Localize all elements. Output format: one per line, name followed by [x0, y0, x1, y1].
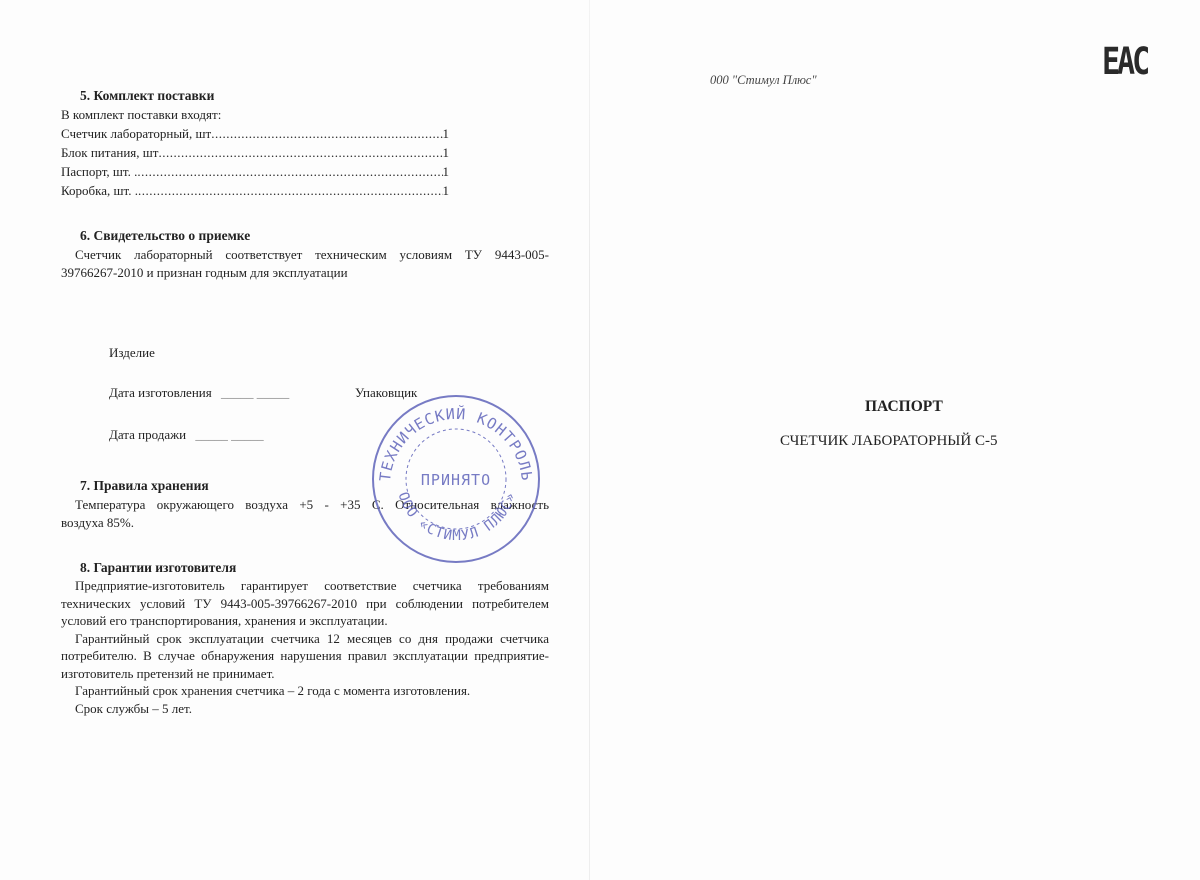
product-name: СЧЕТЧИК ЛАБОРАТОРНЫЙ С-5: [780, 433, 997, 450]
right-page: 000 "Стимул Плюс" ЕАС ПАСПОРТ СЧЕТЧИК ЛА…: [590, 0, 1200, 880]
acceptance-text-line1: Счетчик лабораторный соответствует техни…: [61, 246, 549, 264]
kit-item-qty: 1: [443, 143, 450, 162]
acceptance-text-line2: 39766267-2010 и признан годным для экспл…: [61, 264, 549, 282]
leader-dots: [138, 181, 443, 200]
section8-text: Предприятие-изготовитель гарантирует соо…: [61, 577, 549, 717]
section7-heading: 7. Правила хранения: [80, 478, 209, 494]
leader-dots: [158, 143, 442, 162]
document-title: ПАСПОРТ: [865, 398, 943, 416]
kit-item: Коробка, шт. . 1: [61, 181, 449, 200]
leader-dots: [211, 124, 442, 143]
section5-heading: 5. Комплект поставки: [80, 88, 214, 104]
kit-item-label: Паспорт, шт. .: [61, 162, 137, 181]
kit-item-qty: 1: [443, 162, 450, 181]
left-page: 5. Комплект поставки В комплект поставки…: [0, 0, 590, 880]
section5-intro: В комплект поставки входят:: [61, 105, 221, 124]
company-name: 000 "Стимул Плюс": [710, 73, 817, 88]
section6-text: Счетчик лабораторный соответствует техни…: [61, 246, 549, 281]
section6-heading: 6. Свидетельство о приемке: [80, 228, 250, 244]
kit-item-label: Блок питания, шт: [61, 143, 158, 162]
warranty-paragraph: Гарантийный срок хранения счетчика – 2 г…: [61, 682, 549, 700]
kit-item: Паспорт, шт. . 1: [61, 162, 449, 181]
warranty-paragraph: Предприятие-изготовитель гарантирует соо…: [61, 577, 549, 630]
sale-date-label: Дата продажи: [109, 427, 186, 442]
warranty-paragraph: Гарантийный срок эксплуатации счетчика 1…: [61, 630, 549, 683]
manufacture-date-label: Дата изготовления: [109, 385, 212, 400]
eac-mark-icon: ЕАС: [1102, 40, 1147, 84]
kit-item-qty: 1: [443, 124, 450, 143]
kit-item-label: Счетчик лабораторный, шт: [61, 124, 211, 143]
manufacture-date-field: Дата изготовления _____ _____: [109, 383, 289, 402]
leader-dots: [137, 162, 442, 181]
kit-item: Счетчик лабораторный, шт 1: [61, 124, 449, 143]
acceptance-stamp: ТЕХНИЧЕСКИЙ КОНТРОЛЬ ООО «СТИМУЛ ПЛЮС» П…: [370, 393, 542, 565]
product-label: Изделие: [109, 343, 155, 362]
warranty-paragraph: Срок службы – 5 лет.: [61, 700, 549, 718]
manufacture-date-blank: _____ _____: [221, 385, 289, 400]
kit-item-qty: 1: [443, 181, 450, 200]
passport-spread: 5. Комплект поставки В комплект поставки…: [0, 0, 1200, 880]
stamp-center-text: ПРИНЯТО: [421, 471, 491, 489]
stamp-bottom-text: ООО «СТИМУЛ ПЛЮС»: [395, 490, 520, 544]
sale-date-blank: _____ _____: [195, 427, 263, 442]
section8-heading: 8. Гарантии изготовителя: [80, 560, 236, 576]
kit-item-label: Коробка, шт. .: [61, 181, 138, 200]
kit-item: Блок питания, шт 1: [61, 143, 449, 162]
sale-date-field: Дата продажи _____ _____: [109, 425, 264, 444]
